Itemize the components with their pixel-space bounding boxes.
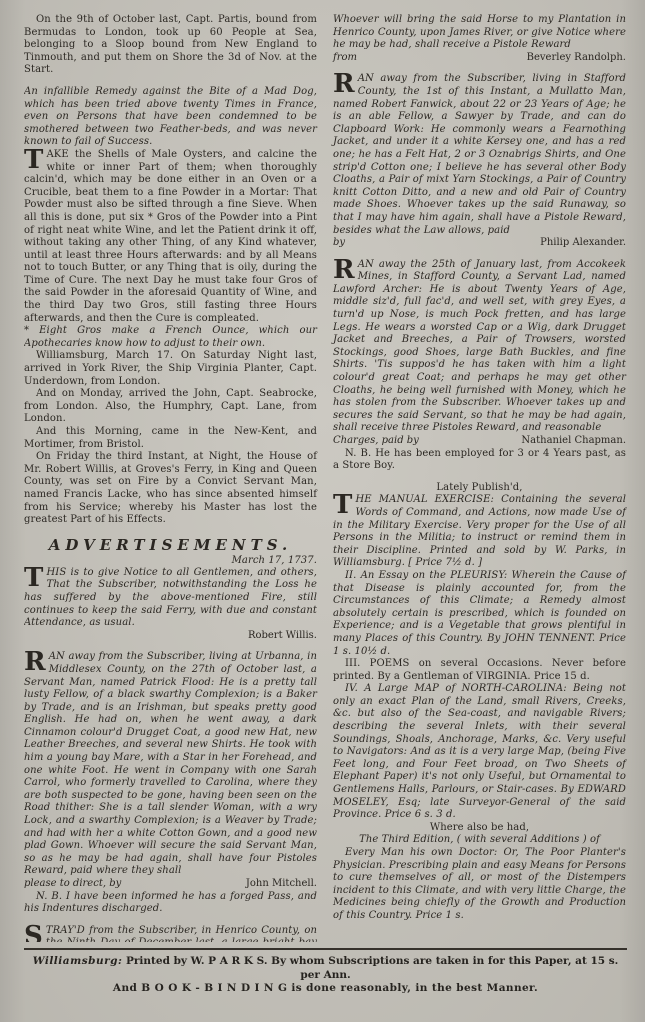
paragraph: Every Man his own Doctor: Or, The Poor P… — [333, 847, 626, 923]
left-column: On the 9th of October last, Capt. Partis… — [24, 14, 317, 942]
imprint-line-2: And B O O K - B I N D I N G is done reas… — [24, 982, 627, 996]
paragraph: And on Monday, arrived the John, Capt. S… — [24, 388, 317, 426]
paragraph: THE MANUAL EXERCISE: Containing the seve… — [333, 494, 626, 570]
signature-name: Beverley Randolph. — [527, 52, 626, 65]
signature-line: fromBeverley Randolph. — [333, 52, 626, 65]
paragraph: RAN away the 25th of January last, from … — [333, 259, 626, 448]
signature-line: byPhilip Alexander. — [333, 237, 626, 250]
signature-name: Nathaniel Chapman. — [521, 435, 626, 448]
paragraph: N. B. I have been informed he has a forg… — [24, 891, 317, 916]
paragraph: STRAY'D from the Subscriber, in Henrico … — [24, 925, 317, 942]
paragraph: And this Morning, came in the New-Kent, … — [24, 426, 317, 451]
two-column-text-area: On the 9th of October last, Capt. Partis… — [24, 14, 627, 942]
paragraph: THIS is to give Notice to all Gentlemen,… — [24, 567, 317, 643]
paragraph: TAKE the Shells of Male Oysters, and cal… — [24, 149, 317, 325]
lately-published-line: Lately Publish'd, — [333, 482, 626, 495]
third-edition-line: The Third Edition, ( with several Additi… — [333, 834, 626, 847]
paragraph: Williamsburg, March 17. On Saturday Nigh… — [24, 350, 317, 388]
imprint-footer: Williamsburg: Printed by W. P A R K S. B… — [24, 948, 627, 996]
advertisements-dateline: March 17, 1737. — [24, 554, 317, 567]
signature-line: please to direct, byJohn Mitchell. — [24, 878, 317, 891]
imprint-line-1: Williamsburg: Printed by W. P A R K S. B… — [24, 955, 627, 982]
newspaper-page: On the 9th of October last, Capt. Partis… — [0, 0, 645, 1022]
right-column: Whoever will bring the said Horse to my … — [333, 14, 626, 942]
advertisements-heading: ADVERTISEMENTS. — [24, 536, 317, 554]
paragraph: RAN away from the Subscriber, living at … — [24, 651, 317, 890]
paragraph: On the 9th of October last, Capt. Partis… — [24, 14, 317, 77]
signature-name: John Mitchell. — [246, 878, 317, 891]
paragraph: An infallible Remedy against the Bite of… — [24, 86, 317, 149]
signature-name: Philip Alexander. — [540, 237, 626, 250]
paragraph: RAN away from the Subscriber, living in … — [333, 73, 626, 249]
paragraph: Whoever will bring the said Horse to my … — [333, 14, 626, 64]
signature-line: Charges, paid byNathaniel Chapman. — [333, 435, 626, 448]
paragraph: N. B. He has been employed for 3 or 4 Ye… — [333, 448, 626, 473]
signature-name: Robert Willis. — [248, 630, 317, 643]
imprint-place: Williamsburg: — [33, 955, 123, 967]
paragraph: On Friday the third Instant, at Night, t… — [24, 451, 317, 527]
imprint-printer: Printed by W. P A R K S. By whom Subscri… — [122, 955, 618, 981]
where-also-line: Where also be had, — [333, 822, 626, 835]
paragraph: IV. A Large MAP of NORTH-CAROLINA: Being… — [333, 683, 626, 822]
paragraph: * Eight Gros make a French Ounce, which … — [24, 325, 317, 350]
paragraph: II. An Essay on the PLEURISY: Wherein th… — [333, 570, 626, 658]
paragraph: III. POEMS on several Occasions. Never b… — [333, 658, 626, 683]
signature-line: Robert Willis. — [24, 630, 317, 643]
